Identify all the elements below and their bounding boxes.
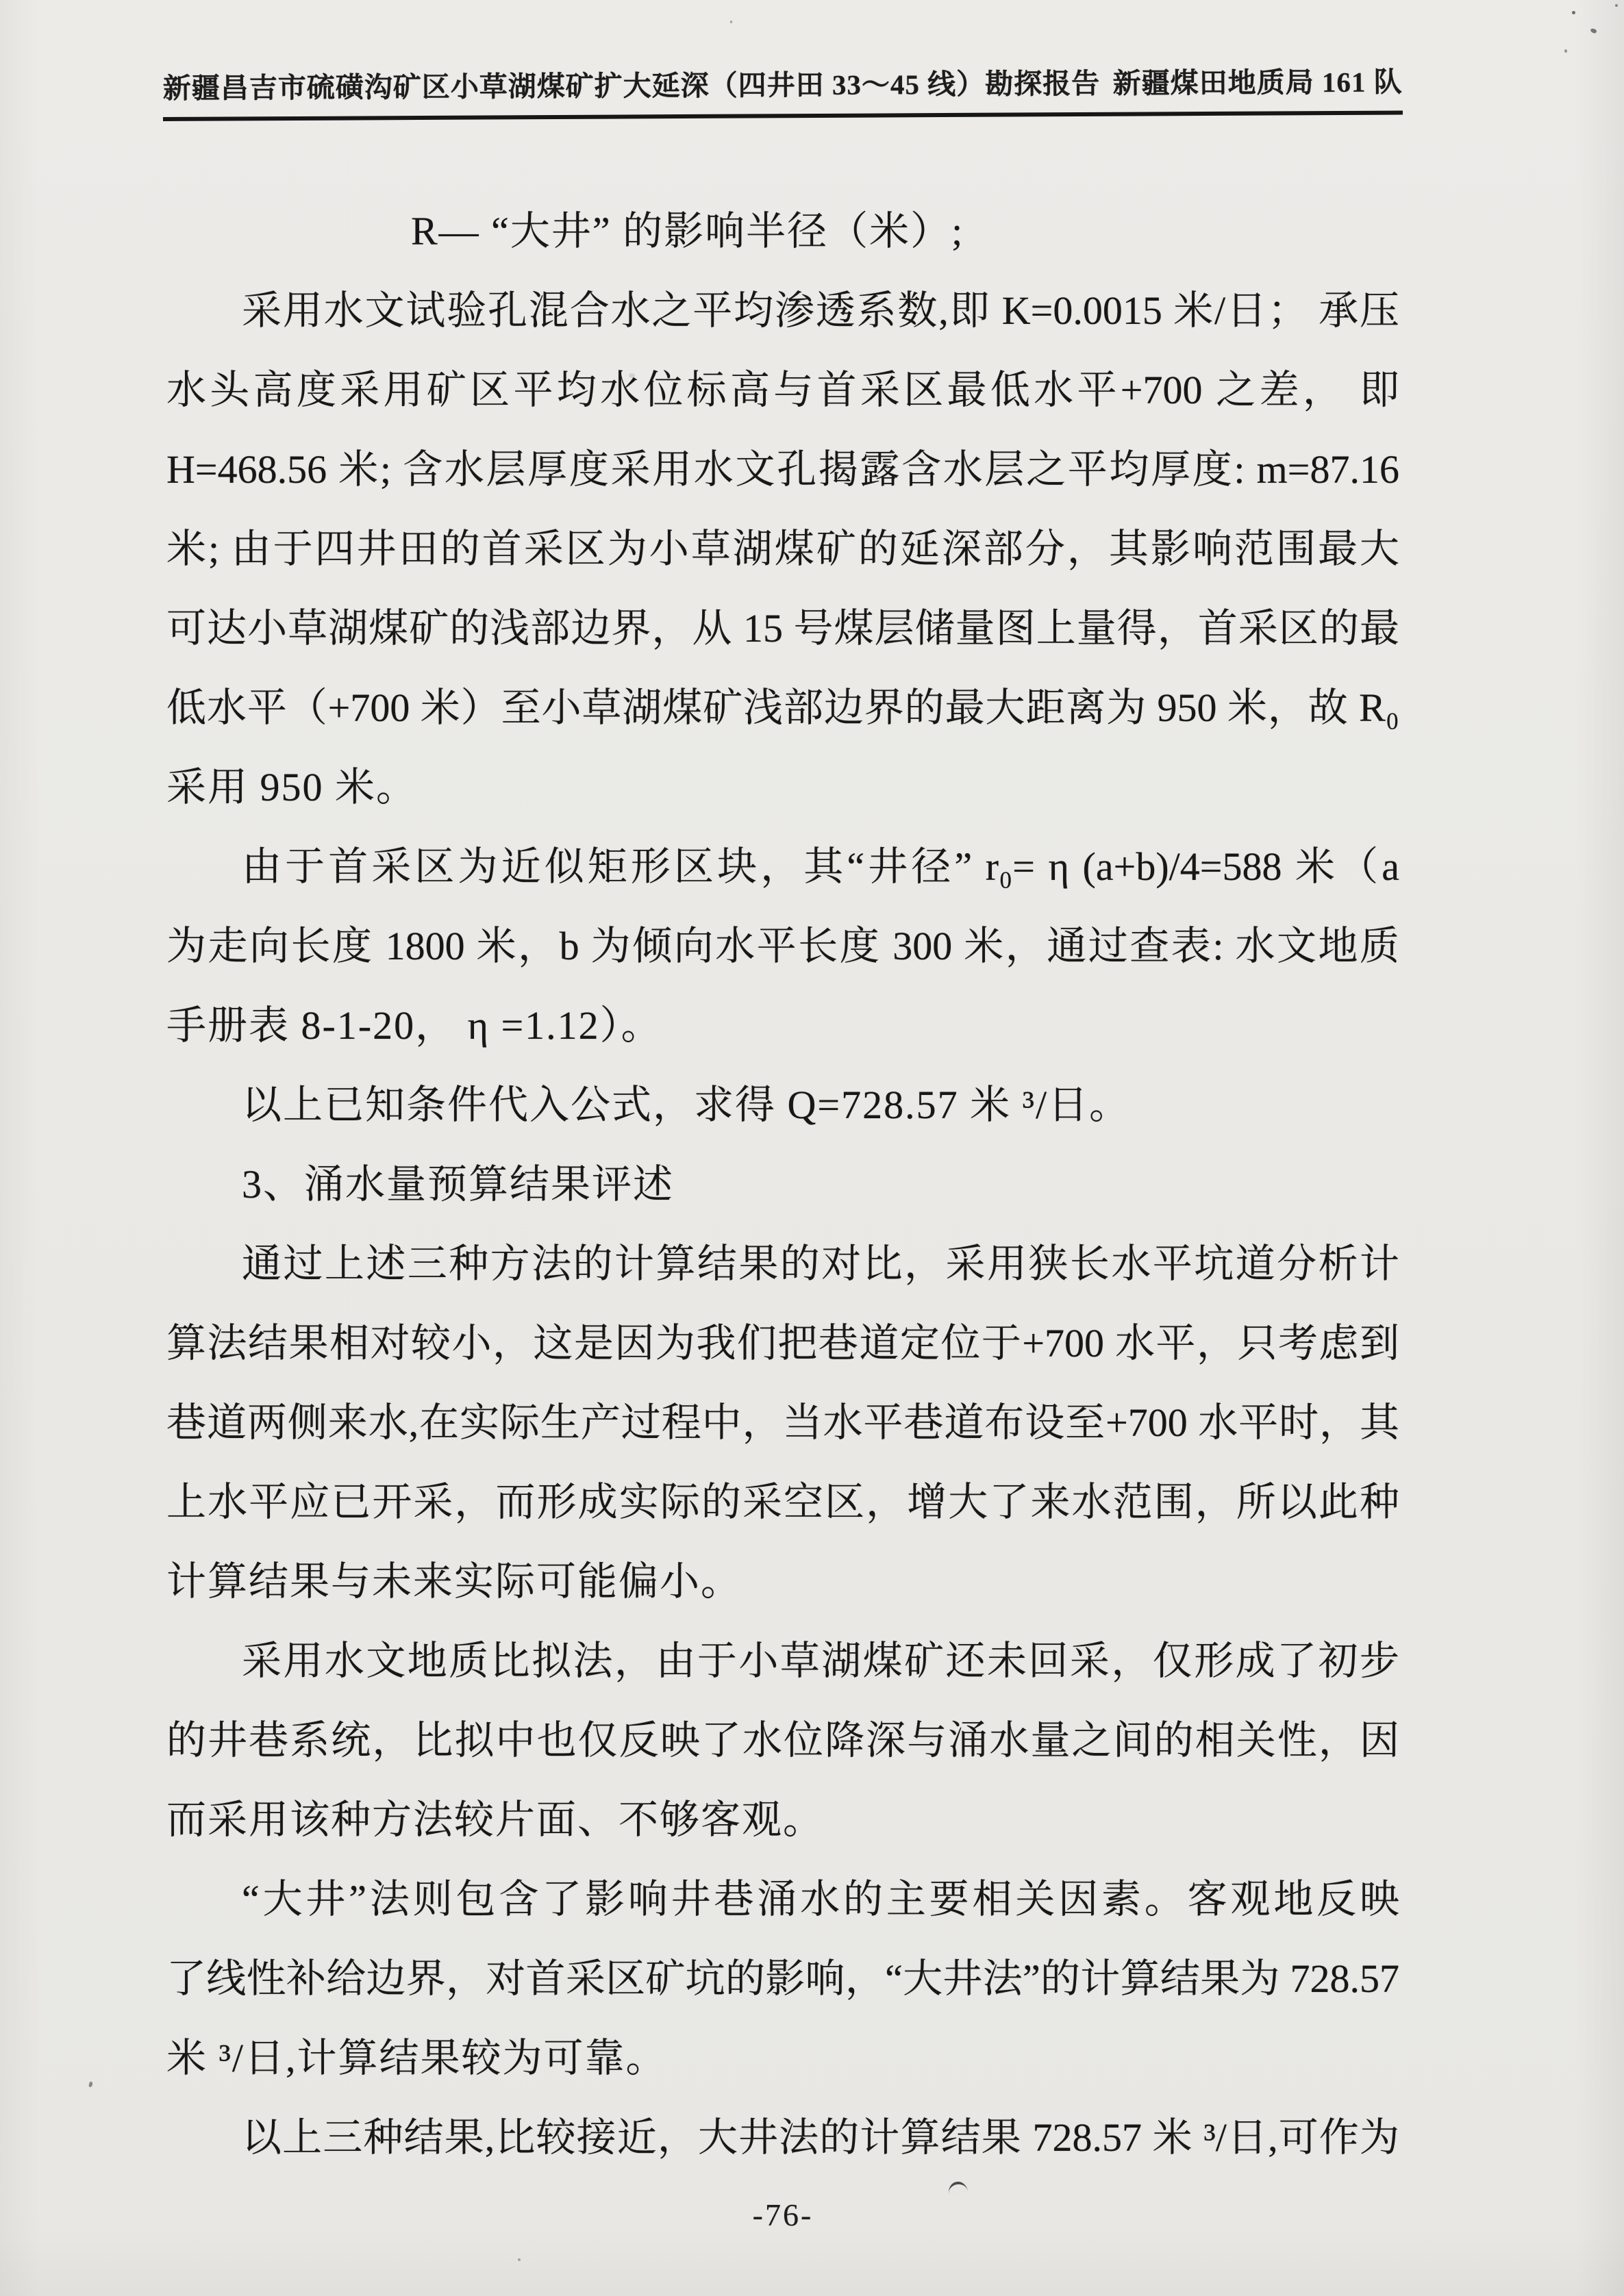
body-line: 为走向长度 1800 米，b 为倾向水平长度 300 米，通过查表: 水文地质 [166,911,1399,990]
body-line: 采用水文试验孔混合水之平均渗透系数,即 K=0.0015 米/日； 承压 [166,275,1399,355]
body-line: 采用 950 米。 [166,752,1399,831]
body-line: 3、涌水量预算结果评述 [166,1149,1399,1228]
body-line: 的井巷系统，比拟中也仅反映了水位降深与涌水量之间的相关性，因 [166,1705,1399,1784]
document-page: 新疆昌吉市硫磺沟矿区小草湖煤矿扩大延深（四井田 33～45 线）勘探报告 新疆煤… [0,0,1624,2296]
body-line: 可达小草湖煤矿的浅部边界，从 15 号煤层储量图上量得，首采区的最 [166,593,1399,672]
body-line: 计算结果与未来实际可能偏小。 [166,1546,1399,1626]
scan-speckle [1564,49,1567,53]
scan-speckle [730,21,732,23]
body-line: 以上已知条件代入公式，求得 Q=728.57 米 ³/日。 [166,1070,1399,1149]
body-line: H=468.56 米; 含水层厚度采用水文孔揭露含水层之平均厚度: m=87.1… [166,434,1399,514]
body-line: R— “大井” 的影响半径（米）; [166,196,1399,275]
scan-speckle [88,2081,93,2087]
scan-speckle [1590,27,1597,34]
scan-speckle [1572,11,1575,14]
body-line: 低水平（+700 米）至小草湖煤矿浅部边界的最大距离为 950 米，故 R₀ [166,672,1399,752]
body-line: 手册表 8-1-20， η =1.12）。 [166,990,1399,1070]
body-line: 米 ³/日,计算结果较为可靠。 [166,2023,1399,2102]
body-line: 算法结果相对较小，这是因为我们把巷道定位于+700 水平，只考虑到 [166,1308,1399,1387]
header-organization: 新疆煤田地质局 161 队 [1113,60,1403,101]
body-line: 由于首采区为近似矩形区块，其“井径” r₀= η (a+b)/4=588 米（a [166,831,1399,911]
body-line: 水头高度采用矿区平均水位标高与首采区最低水平+700 之差， 即 [166,355,1399,434]
scan-speckle [629,373,635,378]
scan-speckle [1615,4,1618,7]
body-line: 上水平应已开采，而形成实际的采空区，增大了来水范围，所以此种 [166,1467,1399,1546]
body-line: 而采用该种方法较片面、不够客观。 [166,1784,1399,1864]
page-footer: -76- [166,2197,1399,2233]
page-header: 新疆昌吉市硫磺沟矿区小草湖煤矿扩大延深（四井田 33～45 线）勘探报告 新疆煤… [163,60,1403,121]
pen-mark [947,2180,968,2194]
scan-speckle [518,2258,521,2261]
body-line: 通过上述三种方法的计算结果的对比，采用狭长水平坑道分析计 [166,1228,1399,1308]
body-line: 采用水文地质比拟法，由于小草湖煤矿还未回采，仅形成了初步 [166,1626,1399,1705]
body-line: “大井”法则包含了影响井巷涌水的主要相关因素。客观地反映 [166,1864,1399,1943]
body-line: 了线性补给边界，对首采区矿坑的影响，“大井法”的计算结果为 728.57 [166,1943,1399,2023]
body-line: 米; 由于四井田的首采区为小草湖煤矿的延深部分，其影响范围最大 [166,514,1399,593]
document-body: R— “大井” 的影响半径（米）; 采用水文试验孔混合水之平均渗透系数,即 K=… [166,196,1399,2182]
page-number: -76- [753,2197,814,2232]
body-line: 以上三种结果,比较接近，大井法的计算结果 728.57 米 ³/日,可作为 [166,2102,1399,2182]
header-title: 新疆昌吉市硫磺沟矿区小草湖煤矿扩大延深（四井田 33～45 线）勘探报告 [163,61,1101,106]
body-line: 巷道两侧来水,在实际生产过程中，当水平巷道布设至+700 水平时，其 [166,1387,1399,1467]
